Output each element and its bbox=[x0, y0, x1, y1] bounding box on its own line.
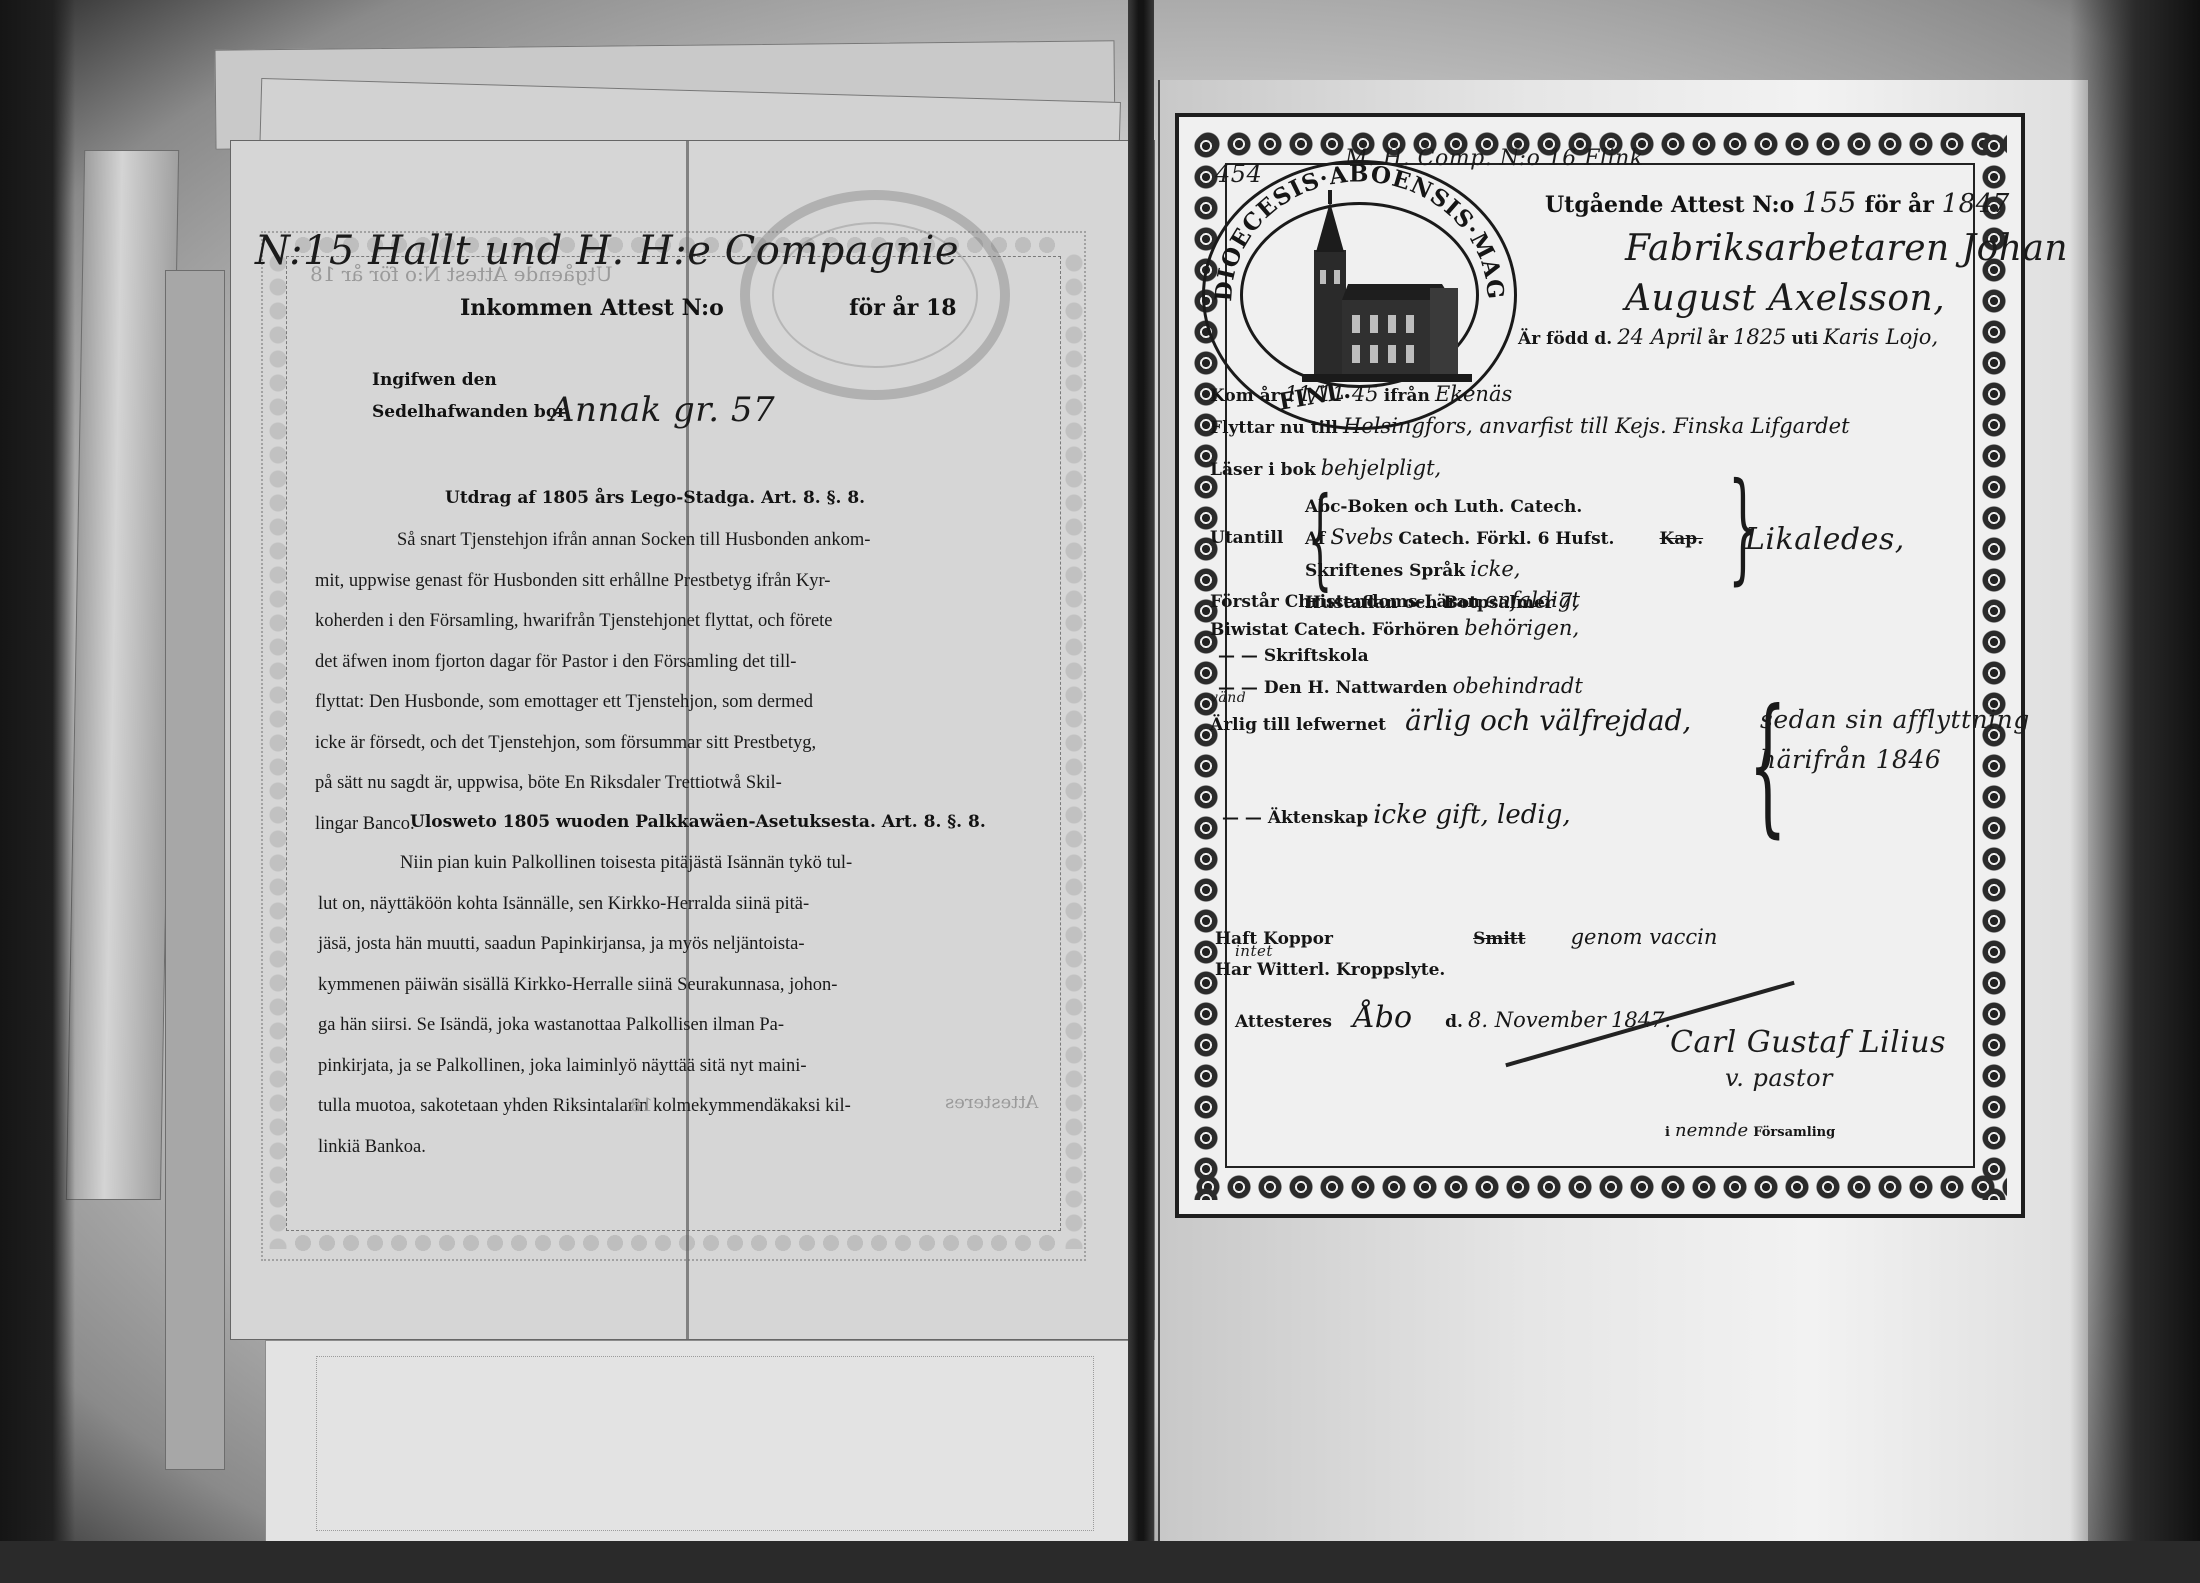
field-label: Sedelhafwanden bor bbox=[372, 402, 566, 422]
person-surname: August Axelsson, bbox=[1625, 278, 1945, 319]
row-moving-to: Flyttar nu till Helsingfors, anvarfist t… bbox=[1210, 414, 1850, 438]
field-label: Ingifwen den bbox=[372, 370, 497, 390]
signature-name: Carl Gustaf Lilius bbox=[1670, 1025, 1946, 1060]
scan-shadow-left bbox=[0, 0, 75, 1583]
underlying-sheet-bottom bbox=[265, 1340, 1155, 1562]
loose-paper-strip bbox=[165, 270, 225, 1470]
book-gutter bbox=[1128, 0, 1154, 1583]
scan-bed-edge bbox=[0, 1541, 2200, 1583]
faint-rosette-border bbox=[291, 1231, 1059, 1255]
finnish-section-text: Niin pian kuin Palkollinen toisesta pitä… bbox=[318, 843, 852, 1167]
finnish-section-heading: Ulosweto 1805 wuoden Palkkawäen-Asetukse… bbox=[410, 812, 986, 832]
row-smallpox: Haft Koppor Smitt genom vaccin bbox=[1215, 925, 1717, 949]
row-confirmation-school: — — Skriftskola bbox=[1218, 646, 1369, 666]
right-title: Utgående Attest N:o 155 för år 1847 bbox=[1545, 186, 2010, 219]
swedish-section-heading: Utdrag af 1805 års Lego-Stadga. Art. 8. … bbox=[445, 488, 865, 508]
birth-line: Är född d. 24 April år 1825 uti Karis Lo… bbox=[1518, 325, 1938, 349]
rosette-border-right bbox=[1979, 131, 2009, 1200]
birth-place: Karis Lojo, bbox=[1823, 325, 1938, 349]
attest-date: 8. November bbox=[1468, 1008, 1606, 1032]
utantill-label: Utantill bbox=[1210, 528, 1283, 548]
bleed-through-year: 18 bbox=[630, 1095, 653, 1116]
note-above: intet bbox=[1235, 942, 1273, 960]
faint-rosette-border bbox=[1062, 251, 1086, 1249]
loose-paper-strip bbox=[66, 150, 179, 1200]
row-arrived: Kom år 11/11 45 ifrån Ekenäs bbox=[1210, 382, 1512, 406]
utantill-brace-note: Likaledes, bbox=[1745, 522, 1905, 557]
row-defects: Har Witterl. Kroppslyte. bbox=[1215, 960, 1445, 980]
person-title-name: Fabriksarbetaren Johan bbox=[1625, 228, 2068, 269]
attest-line: Attesteres Åbo d. 8. November 1847. bbox=[1235, 1000, 1671, 1035]
title-year-label: för år bbox=[1865, 192, 1934, 218]
row-understands: Förstår Christendoms-Läran enfaldigt bbox=[1210, 588, 1580, 612]
title-prefix: Inkommen Attest N:o bbox=[460, 295, 724, 321]
title-prefix: Utgående Attest N:o bbox=[1545, 192, 1794, 218]
row-conduct: Ärlig till lefwernet ärlig och välfrejda… bbox=[1210, 704, 1691, 737]
signature-title: v. pastor bbox=[1725, 1064, 1833, 1092]
certificate-year: 1847 bbox=[1942, 189, 2010, 219]
row-marriage: — — Äktenskap icke gift, ledig, bbox=[1222, 800, 1571, 830]
svg-text:DIOECESIS·ABOENSIS·MAGNI PRINC: DIOECESIS·ABOENSIS·MAGNI PRINC. bbox=[1202, 160, 1509, 302]
field-value-residence: Annak gr. 57 bbox=[550, 390, 775, 430]
scan-shadow-right bbox=[2070, 0, 2200, 1583]
left-title: Inkommen Attest N:o för år 18 bbox=[460, 295, 957, 321]
footer-line: i nemnde Församling bbox=[1665, 1120, 1835, 1141]
side-note: sedan sin afflyttning härifrån 1846 bbox=[1760, 700, 2030, 780]
title-year-label: för år 18 bbox=[849, 295, 957, 321]
certificate-number: 155 bbox=[1802, 186, 1857, 219]
faint-frame bbox=[316, 1356, 1094, 1531]
row-communion: — — Den H. Nattwarden obehindradt bbox=[1218, 674, 1583, 698]
bleed-through-attesteres: Attesteres bbox=[945, 1092, 1038, 1113]
swedish-section-text: Så snart Tjenstehjon ifrån annan Socken … bbox=[315, 520, 870, 844]
birth-year: 1825 bbox=[1733, 325, 1786, 349]
row-catechism-exams: Biwistat Catech. Förhören behörigen, bbox=[1210, 616, 1579, 640]
bleed-through-text: Utgående Attest N:o för år 18 bbox=[310, 262, 613, 286]
birth-day: 24 April bbox=[1617, 325, 1702, 349]
rosette-border-bottom bbox=[1193, 1172, 2007, 1202]
attest-place: Åbo bbox=[1353, 1000, 1412, 1035]
